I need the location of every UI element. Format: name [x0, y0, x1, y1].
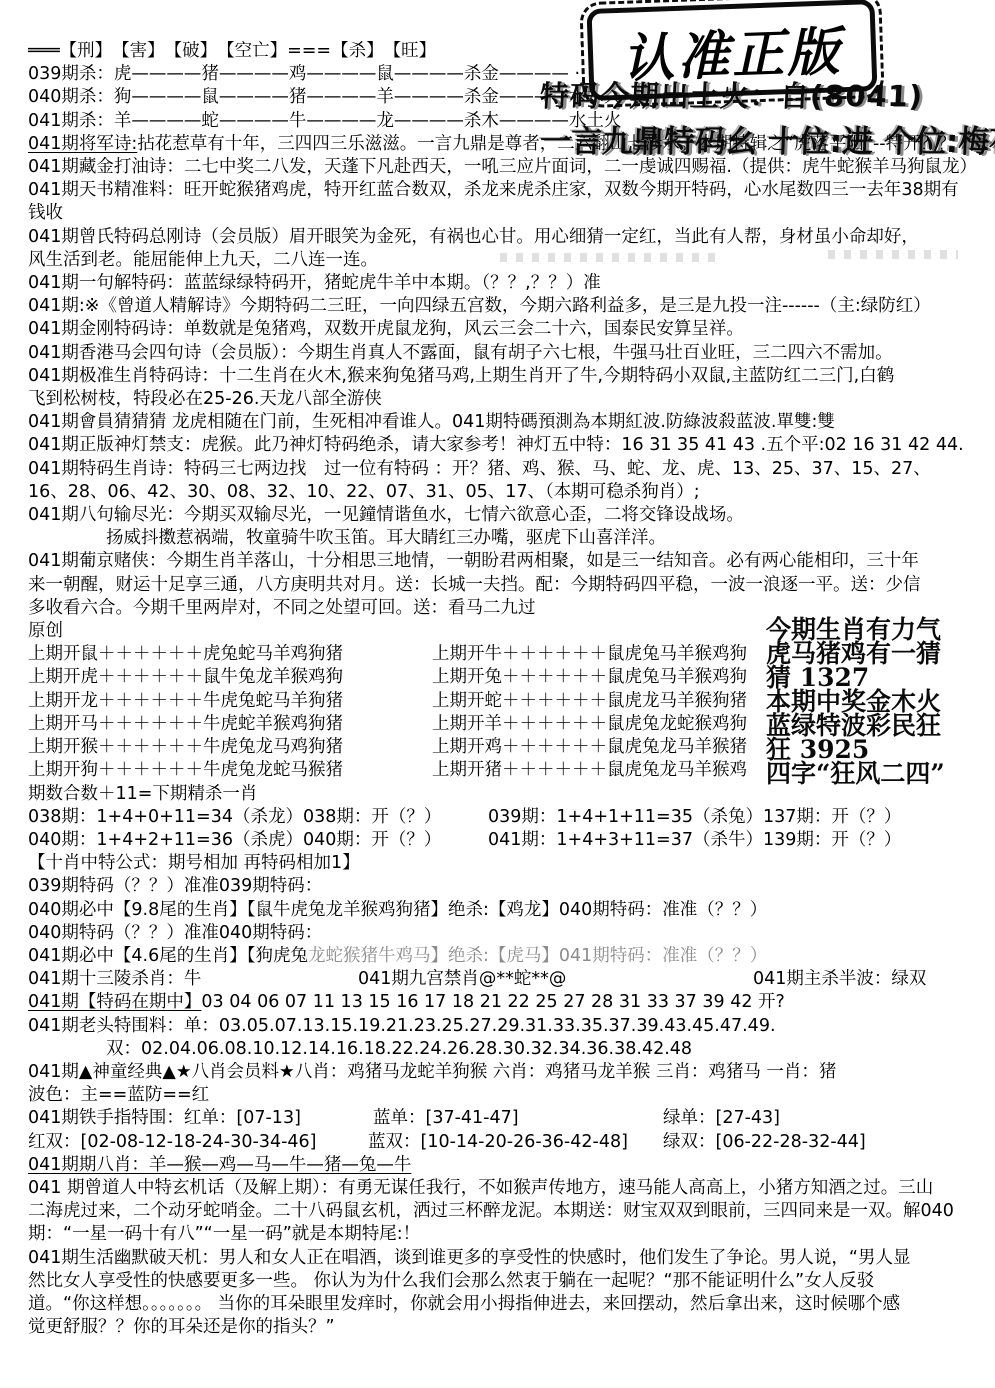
text-col: 上期开龙＋＋＋＋＋＋牛虎兔蛇马羊狗猪	[28, 690, 432, 713]
text-part: 龙蛇猴猪牛鸡马】绝杀:【虎马】041期特码：准准（？？）	[308, 946, 767, 966]
text-line: 041期▲神童经典▲★八肖会员料★八肖：鸡猪马龙蛇羊狗猴 六肖：鸡猪马龙羊猴 三…	[28, 1061, 988, 1084]
text-line: 038期：1+4+0+11=34（杀龙）038期：开（？）039期：1+4+1+…	[28, 806, 988, 829]
text-col: 上期开猴＋＋＋＋＋＋牛虎兔龙马鸡狗猪	[28, 736, 432, 759]
text-col: 041期主杀半波：绿双	[753, 968, 926, 991]
text-line: 觉更舒服？？你的耳朵还是你的指头？”	[28, 1316, 988, 1339]
text-line: 041期金刚特码诗：单数就是兔猪鸡，双数开虎鼠龙狗，风云三会二十六，国泰民安算呈…	[28, 318, 988, 341]
text-line: 041期铁手指特围：红单：[07-13]蓝单：[37-41-47]绿单：[27-…	[28, 1107, 988, 1130]
ghost-line-2: 一言九鼎特码幺 十位:进 个位:梅花	[539, 116, 995, 161]
text-col: 040期：1+4+2+11=36（杀虎）040期：开（？）	[28, 829, 488, 852]
text-col: 上期开牛＋＋＋＋＋＋鼠虎兔马羊猴鸡狗	[432, 643, 747, 666]
text-line: 041期特码生肖诗：特码三七两边找 过一位有特码 ：开？猪、鸡、猴、马、蛇、龙、…	[28, 458, 988, 481]
text-line: 041期必中【4.6尾的生肖】【狗虎兔龙蛇猴猪牛鸡马】绝杀:【虎马】041期特码…	[28, 945, 988, 968]
text-line: 041期天书精准料：旺开蛇猴猪鸡虎，特开红蓝合数双，杀龙来虎杀庄家，双数今期开特…	[28, 179, 988, 202]
text-line: 041期會員猜猜猜 龙虎相随在门前，生死相冲看谁人。041期特碼預測為本期紅波.…	[28, 411, 988, 434]
text-line: 双：02.04.06.08.10.12.14.16.18.22.24.26.28…	[28, 1038, 988, 1061]
overprint-ghost-text: 特码今期出土火：自(8041) 一言九鼎特码幺 十位:进 个位:梅花	[540, 74, 995, 161]
text-line: 红双：[02-08-12-18-24-30-34-46]蓝双：[10-14-20…	[28, 1131, 988, 1154]
text-line: 041期生活幽默破天机：男人和女人正在唱酒，谈到谁更多的享受性的快感时，他们发生…	[28, 1247, 988, 1270]
text-part: 041期将军诗:	[28, 134, 137, 154]
text-line: 道。“你这样想。。。。。。。 当你的耳朵眼里发痒时，你就会用小拇指伸进去，来回摆…	[28, 1293, 988, 1316]
text-col: 上期开马＋＋＋＋＋＋牛虎蛇羊猴鸡狗猪	[28, 713, 432, 736]
sidebar-line: 四字“狂风二四”	[766, 762, 994, 786]
text-line: 041期曾氏特码总刚诗（会员版）眉开眼笑为金死，有祸也心甘。用心细猜一定红，当此…	[28, 226, 988, 249]
text-line: 钱收	[28, 202, 988, 225]
text-part: 041期【特码在期中】	[28, 992, 201, 1012]
text-col: 上期开鼠＋＋＋＋＋＋虎兔蛇马羊鸡狗猪	[28, 643, 432, 666]
text-line: 041期【特码在期中】03 04 06 07 11 13 15 16 17 18…	[28, 991, 988, 1014]
text-col: 上期开狗＋＋＋＋＋＋牛虎兔龙蛇马猴猪	[28, 759, 432, 782]
text-col: 上期开虎＋＋＋＋＋＋鼠牛兔龙羊猴鸡狗	[28, 666, 432, 689]
text-line: 来一朝醒，财运十足享三通，八方庚明共对月。送：长城一夫挡。配：今期特码四平稳，一…	[28, 574, 988, 597]
text-line: 16、28、06、42、30、08、32、10、22、07、31、05、17、（…	[28, 481, 988, 504]
text-line: 041期八句输尽光：今期买双输尽光，一见鐘情谐鱼水，七情六欲意心歪，二将交锋设战…	[28, 504, 988, 527]
text-col: 039期：1+4+1+11=35（杀兔）137期：开（？）	[488, 806, 901, 829]
text-line: 然比女人享受性的快感要更多一些。 你认为为什么我们会那么然衷于躺在一起呢？“那不…	[28, 1270, 988, 1293]
text-part: 041期必中【4.6尾的生肖】【狗虎兔	[28, 946, 308, 966]
lottery-tip-sheet-page: ═══【刑】 【害】 【破】 【空亡】===【杀】 【旺】039期杀：虎————…	[0, 0, 995, 1388]
text-line: 波色：主==蓝防==红	[28, 1084, 988, 1107]
text-line: 040期必中【9.8尾的生肖】【鼠牛虎兔龙羊猴鸡狗猪】绝杀:【鸡龙】040期特码…	[28, 899, 988, 922]
text-col: 上期开兔＋＋＋＋＋＋鼠虎兔马羊猴鸡狗	[432, 666, 747, 689]
text-line: 041期期八肖：羊—猴—鸡—马—牛—猪—兔—牛	[28, 1154, 988, 1177]
text-line: 041期老头特围料：单：03.05.07.13.15.19.21.23.25.2…	[28, 1015, 988, 1038]
text-line: 040期特码（？？）准准040期特码：	[28, 922, 988, 945]
text-col: 蓝双：[10-14-20-26-36-42-48]	[368, 1131, 663, 1154]
text-part: 041期期八肖：羊—猴—鸡—马—牛—猪—兔—牛	[28, 1155, 411, 1175]
text-line: 期：“一星一码十有八”“一星一码”就是本期特尾:！	[28, 1223, 988, 1246]
text-col: 041期：1+4+3+11=37（杀牛）139期：开（？）	[488, 829, 901, 852]
text-col: 上期开鸡＋＋＋＋＋＋鼠虎兔龙马羊猴猪	[432, 736, 747, 759]
text-col: 上期开猪＋＋＋＋＋＋鼠虎兔龙马羊猴鸡	[432, 759, 747, 782]
text-col: 绿单：[27-43]	[663, 1107, 780, 1130]
text-line: 041期极准生肖特码诗：十二生肖在火木,猴来狗兔猪马鸡,上期生肖开了牛,今期特码…	[28, 365, 988, 388]
text-line: 扬威抖擞惹祸端，牧童骑牛吹玉笛。耳大睛红三办嘴，驱虎下山喜洋洋。	[28, 527, 988, 550]
handwritten-tip-block: 今期生肖有力气 虎马猪鸡有一猜 猜 1327 本期中奖金木火 蓝绿特波彩民狂 狂…	[766, 618, 994, 786]
text-col: 041期十三陵杀肖：牛	[28, 968, 358, 991]
text-col: 红双：[02-08-12-18-24-30-34-46]	[28, 1131, 368, 1154]
text-col: 绿双：[06-22-28-32-44]	[663, 1131, 866, 1154]
ghost-line-1: 特码今期出土火：自(8041)	[539, 74, 995, 115]
text-line: 039期特码（？？）准准039期特码：	[28, 875, 988, 898]
erased-text-smudge	[828, 250, 958, 259]
text-line: 041期正版神灯禁支：虎猴。此乃神灯特码绝杀，请大家参考！神灯五中特：16 31…	[28, 434, 988, 457]
text-line: 041 期曾道人中特玄机话（及解上期）：有勇无谋任我行，不如猴声传地方，速马能人…	[28, 1177, 988, 1200]
text-line: 【十肖中特公式：期号相加 再特码相加1】	[28, 852, 988, 875]
text-col: 上期开蛇＋＋＋＋＋＋鼠虎龙马羊猴狗猪	[432, 690, 747, 713]
text-col: 038期：1+4+0+11=34（杀龙）038期：开（？）	[28, 806, 488, 829]
text-col: 上期开羊＋＋＋＋＋＋鼠虎兔龙蛇猴鸡狗	[432, 713, 747, 736]
text-col: 041期铁手指特围：红单：[07-13]	[28, 1107, 373, 1130]
text-line: 041期:※《曾道人精解诗》今期特码二三旺，一向四绿五宫数，今期六路利益多，是三…	[28, 295, 988, 318]
text-col: 蓝单：[37-41-47]	[373, 1107, 663, 1130]
text-part: 03 04 06 07 11 13 15 16 17 18 21 22 25 2…	[201, 992, 784, 1012]
text-line: 041期一句解特码：蓝蓝绿绿特码开，猪蛇虎牛羊中本期。（？？,？？）准	[28, 272, 988, 295]
text-line: 041期十三陵杀肖：牛041期九宫禁肖@**蛇**@041期主杀半波：绿双	[28, 968, 988, 991]
text-line: 041期香港马会四句诗（会员版）：今期生肖真人不露面，鼠有胡子六七根，牛强马壮百…	[28, 342, 988, 365]
text-line: 二海虎过来，二个动牙蛇哨金。二十八码鼠玄机，洒过三杯醉龙泥。本期送：财宝双双到眼…	[28, 1200, 988, 1223]
erased-text-smudge	[500, 253, 720, 262]
text-line: 041期葡京赌侠：今期生肖羊落山，十分相思三地情，一朝盼君两相聚，如是三一结知音…	[28, 550, 988, 573]
text-line: 飞到松树枝，特段必在25-26.天龙八部全游侠	[28, 388, 988, 411]
text-line: 040期：1+4+2+11=36（杀虎）040期：开（？）041期：1+4+3+…	[28, 829, 988, 852]
text-col: 041期九宫禁肖@**蛇**@	[358, 968, 753, 991]
